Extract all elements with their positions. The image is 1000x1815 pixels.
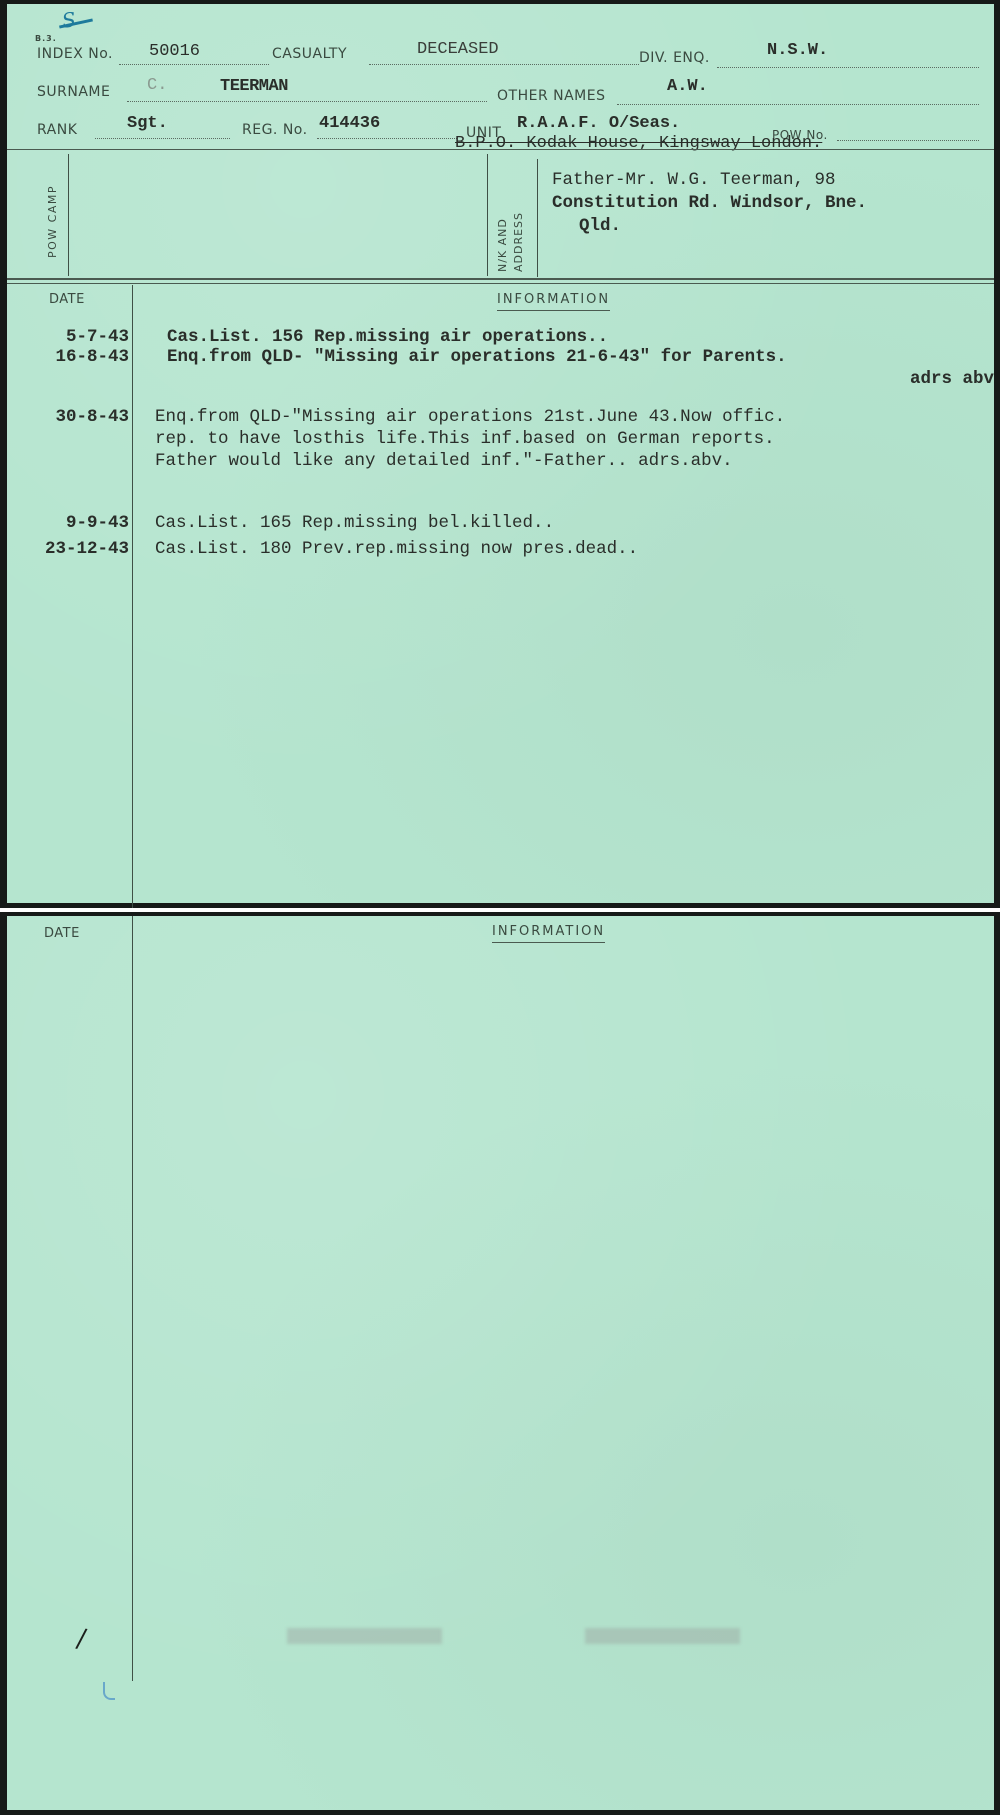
entry-text: rep. to have losthis life.This inf.based… (155, 428, 775, 450)
other-names-value: A.W. (667, 77, 708, 96)
header-divider (7, 149, 994, 150)
nk-address-line: Father-Mr. W.G. Teerman, 98 (552, 169, 867, 192)
casualty-line (369, 64, 639, 65)
casualty-label: CASUALTY (272, 46, 347, 62)
form-code: B.3. (35, 34, 57, 43)
information-header: INFORMATION (497, 292, 610, 311)
index-no-value: 50016 (149, 42, 200, 61)
entry-text: Cas.List. 180 Prev.rep.missing now pres.… (155, 538, 638, 560)
nk-address: Father-Mr. W.G. Teerman, 98 Constitution… (552, 169, 867, 238)
pow-camp-divider (68, 154, 69, 276)
nk-left-divider (487, 154, 488, 276)
unit-address: B.P.O. Kodak House, Kingsway London. (455, 134, 822, 153)
other-names-label: OTHER NAMES (497, 88, 605, 104)
entry-text: Enq.from QLD- "Missing air operations 21… (167, 346, 787, 368)
reg-no-value: 414436 (319, 114, 380, 133)
other-names-line (617, 104, 979, 105)
surname-value: TEERMAN (220, 77, 288, 96)
back-date-column-divider (132, 916, 133, 1681)
bleed-through-smudge (585, 1628, 740, 1644)
div-enq-line (717, 67, 979, 68)
blue-pen-mark (103, 1682, 115, 1700)
entry-text: Enq.from QLD-"Missing air operations 21s… (155, 406, 785, 428)
bleed-through-smudge (287, 1628, 442, 1644)
rank-line (95, 138, 230, 139)
entry-date: 30-8-43 (55, 406, 129, 428)
casualty-value: DECEASED (417, 40, 499, 59)
div-enq-value: N.S.W. (767, 41, 828, 60)
entry-date: 5-7-43 (66, 326, 129, 348)
pow-camp-label: POW CAMP (46, 185, 59, 258)
back-information-header: INFORMATION (492, 924, 605, 943)
entry-text: Father would like any detailed inf."-Fat… (155, 450, 733, 472)
entry-date: 23-12-43 (45, 538, 129, 560)
entry-date: 9-9-43 (66, 512, 129, 534)
reg-no-label: REG. No. (242, 122, 308, 138)
entry-date: 16-8-43 (55, 346, 129, 368)
nk-address-line: Qld. (552, 215, 867, 238)
entry-text: Cas.List. 156 Rep.missing air operations… (167, 326, 608, 348)
reg-no-line (317, 138, 457, 139)
rank-value: Sgt. (127, 114, 168, 133)
pow-no-line (837, 140, 979, 141)
index-no-label: INDEX No. (37, 46, 113, 62)
div-enq-label: DIV. ENQ. (639, 50, 710, 66)
record-card-front: S B.3. INDEX No. 50016 CASUALTY DECEASED… (0, 0, 1000, 908)
index-no-line (119, 64, 269, 65)
surname-prefix: C. (147, 76, 167, 95)
info-divider-top (7, 278, 994, 280)
nk-label-line2: ADDRESS (512, 212, 525, 272)
date-column-divider (132, 285, 133, 908)
pen-annotation: S (60, 7, 77, 33)
nk-right-divider (537, 159, 538, 277)
entry-text: adrs abv (910, 368, 994, 390)
surname-line (127, 101, 487, 102)
info-divider-bottom (7, 283, 994, 284)
entry-text: Cas.List. 165 Rep.missing bel.killed.. (155, 512, 554, 534)
surname-label: SURNAME (37, 84, 110, 100)
unit-value: R.A.A.F. O/Seas. (517, 114, 680, 133)
record-card-back: DATE INFORMATION / (0, 912, 1000, 1815)
back-date-header: DATE (44, 926, 80, 941)
date-header: DATE (49, 292, 85, 307)
nk-label-line1: N/K AND (496, 218, 509, 272)
nk-address-line: Constitution Rd. Windsor, Bne. (552, 192, 867, 215)
pen-tick-mark: / (74, 1623, 88, 1654)
rank-label: RANK (37, 122, 77, 138)
